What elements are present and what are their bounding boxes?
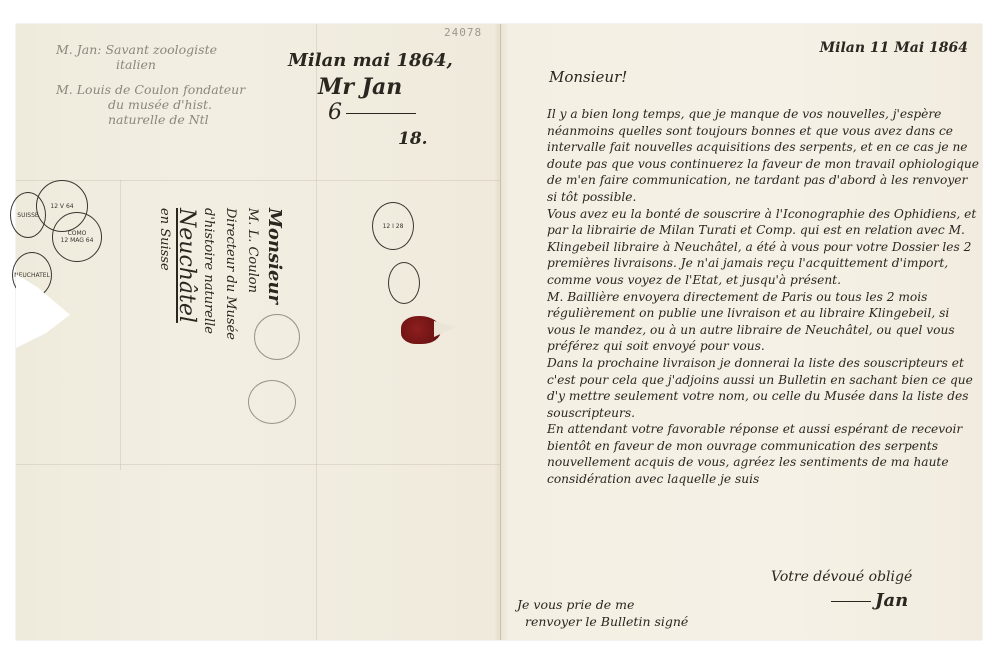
docket-number: 6 xyxy=(288,100,488,126)
docket-place-date: Milan mai 1864, xyxy=(288,48,488,74)
letter-paragraph: M. Baillière envoyera directement de Par… xyxy=(517,289,979,355)
letter-panel: Milan 11 Mai 1864 Monsieur! Il y a bien … xyxy=(501,24,982,640)
seal-paper-flap xyxy=(434,317,456,337)
letter-closing: Votre dévoué obligé xyxy=(771,569,912,585)
address-country: en Suisse xyxy=(153,208,175,488)
postmark-stamp-ambulant: 12 I 28 xyxy=(372,202,414,250)
docket-note: Milan mai 1864, Mr Jan 6 18. xyxy=(288,48,488,152)
note-line: italien xyxy=(56,57,276,72)
cover-panel: 24078 M. Jan: Savant zoologiste italien … xyxy=(16,24,500,640)
docket-ref: 18. xyxy=(288,126,488,152)
address-institution: d'histoire naturelle xyxy=(197,208,219,488)
letter-salutation: Monsieur! xyxy=(549,68,627,86)
letter-dateline: Milan 11 Mai 1864 xyxy=(820,40,968,56)
letter-paragraph: Vous avez eu la bonté de souscrire à l'I… xyxy=(517,206,979,289)
letter-paragraph: En attendant votre favorable réponse et … xyxy=(517,421,979,487)
letter-signature: Jan xyxy=(831,590,908,611)
address-recipient: M. L. Coulon xyxy=(241,208,263,488)
docket-number-value: 6 xyxy=(328,100,342,125)
pencil-annotation: M. Jan: Savant zoologiste italien M. Lou… xyxy=(56,42,276,127)
note-line: naturelle de Ntl xyxy=(56,112,276,127)
note-line: du musée d'hist. xyxy=(56,97,276,112)
letter-sheet: 24078 M. Jan: Savant zoologiste italien … xyxy=(16,24,982,640)
note-line: M. Louis de Coulon fondateur xyxy=(56,82,276,97)
letter-paragraph: Dans la prochaine livraison je donnerai … xyxy=(517,355,979,421)
docket-sender: Mr Jan xyxy=(288,74,488,100)
address-city: Neuchâtel xyxy=(175,208,197,488)
postscript-line: Je vous prie de me xyxy=(517,596,688,613)
address-title: Directeur du Musée xyxy=(219,208,241,488)
letter-postscript: Je vous prie de me renvoyer le Bulletin … xyxy=(517,596,688,630)
postscript-line: renvoyer le Bulletin signé xyxy=(517,613,688,630)
address-salutation: Monsieur xyxy=(263,208,285,488)
letter-paragraph: Il y a bien long temps, que je manque de… xyxy=(517,106,979,206)
letter-body: Il y a bien long temps, que je manque de… xyxy=(517,106,979,488)
catalog-number: 24078 xyxy=(444,26,482,39)
postmark-stamp-como: COMO12 MAG 64 xyxy=(52,212,102,262)
address-block: Monsieur M. L. Coulon Directeur du Musée… xyxy=(124,192,324,462)
note-line: M. Jan: Savant zoologiste xyxy=(56,42,276,57)
postmark-stamp xyxy=(388,262,420,304)
